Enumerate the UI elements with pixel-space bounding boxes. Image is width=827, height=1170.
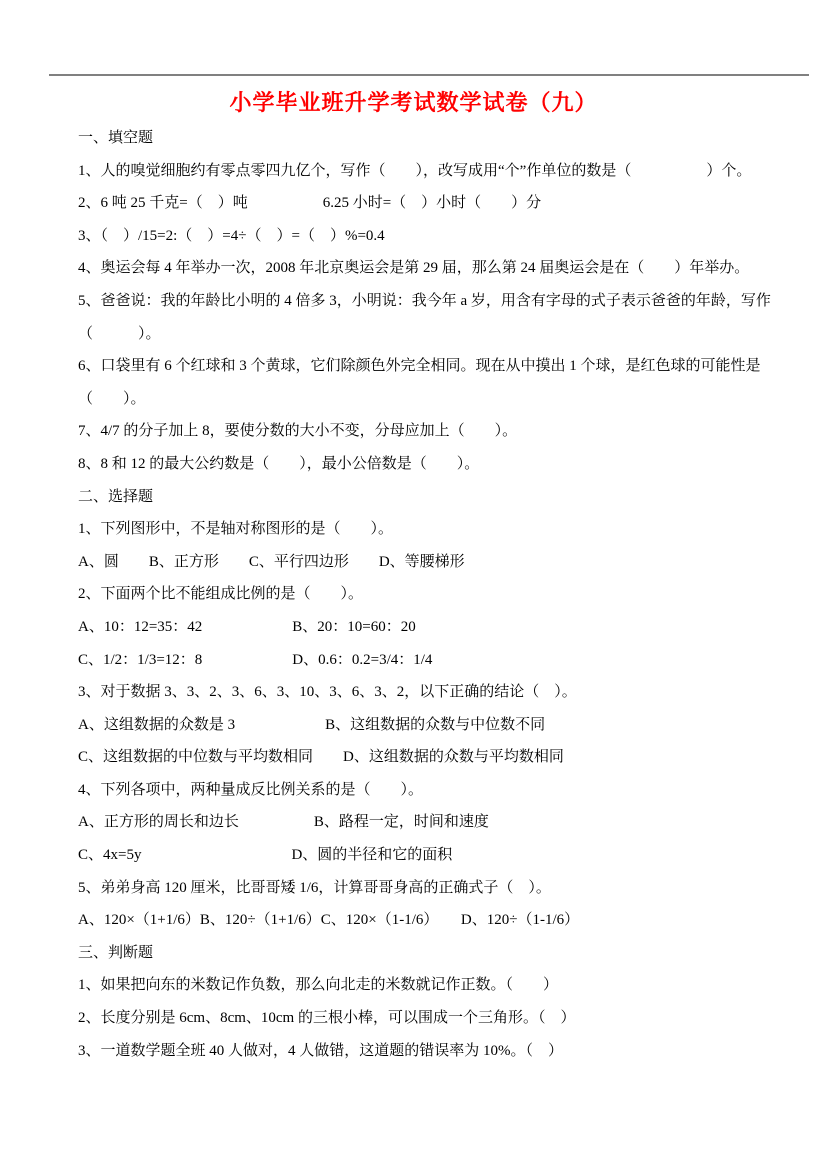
question-line: C、4x=5y D、圆的半径和它的面积 <box>78 839 798 872</box>
question-line: 2、下面两个比不能组成比例的是（ ）。 <box>78 578 798 611</box>
question-line: 3、对于数据 3、3、2、3、6、3、10、3、6、3、2，以下正确的结论（ ）… <box>78 676 798 709</box>
question-line: 4、奥运会每 4 年举办一次，2008 年北京奥运会是第 29 届，那么第 24… <box>78 252 798 285</box>
question-line: 7、4/7 的分子加上 8，要使分数的大小不变，分母应加上（ ）。 <box>78 415 798 448</box>
question-line: 8、8 和 12 的最大公约数是（ ），最小公倍数是（ ）。 <box>78 448 798 481</box>
question-line: A、圆 B、正方形 C、平行四边形 D、等腰梯形 <box>78 546 798 579</box>
question-line: 5、弟弟身高 120 厘米，比哥哥矮 1/6，计算哥哥身高的正确式子（ ）。 <box>78 872 798 905</box>
question-line: A、10：12=35：42 B、20：10=60：20 <box>78 611 798 644</box>
section-heading: 二、选择题 <box>78 481 798 514</box>
question-line: A、120×（1+1/6）B、120÷（1+1/6）C、120×（1-1/6） … <box>78 904 798 937</box>
question-line: 2、长度分别是 6cm、8cm、10cm 的三根小棒，可以围成一个三角形。（ ） <box>78 1002 798 1035</box>
question-line: A、这组数据的众数是 3 B、这组数据的众数与中位数不同 <box>78 709 798 742</box>
section-heading: 三、判断题 <box>78 937 798 970</box>
question-line: 6、口袋里有 6 个红球和 3 个黄球，它们除颜色外完全相同。现在从中摸出 1 … <box>78 350 798 383</box>
question-line: 3、一道数学题全班 40 人做对，4 人做错，这道题的错误率为 10%。（ ） <box>78 1035 798 1068</box>
question-line: 1、下列图形中，不是轴对称图形的是（ ）。 <box>78 513 798 546</box>
question-line: A、正方形的周长和边长 B、路程一定，时间和速度 <box>78 806 798 839</box>
question-line: 2、6 吨 25 千克=（ ）吨 6.25 小时=（ ）小时（ ）分 <box>78 187 798 220</box>
section-heading: 一、填空题 <box>78 122 798 155</box>
question-line: C、1/2：1/3=12：8 D、0.6：0.2=3/4：1/4 <box>78 644 798 677</box>
question-line: 4、下列各项中，两种量成反比例关系的是（ ）。 <box>78 774 798 807</box>
question-line: 1、如果把向东的米数记作负数，那么向北走的米数就记作正数。（ ） <box>78 969 798 1002</box>
header-rule-divider <box>49 74 809 76</box>
question-line: （ ）。 <box>78 383 798 416</box>
question-line: 5、爸爸说：我的年龄比小明的 4 倍多 3，小明说：我今年 a 岁，用含有字母的… <box>78 285 798 318</box>
page-title: 小学毕业班升学考试数学试卷（九） <box>0 86 827 117</box>
question-line: C、这组数据的中位数与平均数相同 D、这组数据的众数与平均数相同 <box>78 741 798 774</box>
question-line: 3、（ ）/15=2:（ ）=4÷（ ）=（ ）%=0.4 <box>78 220 798 253</box>
question-line: 1、人的嗅觉细胞约有零点零四九亿个，写作（ ），改写成用“个”作单位的数是（ ）… <box>78 155 798 188</box>
exam-page: 小学毕业班升学考试数学试卷（九） 一、填空题1、人的嗅觉细胞约有零点零四九亿个，… <box>0 0 827 1170</box>
question-line: （ ）。 <box>78 318 798 351</box>
exam-content: 一、填空题1、人的嗅觉细胞约有零点零四九亿个，写作（ ），改写成用“个”作单位的… <box>78 122 798 1067</box>
